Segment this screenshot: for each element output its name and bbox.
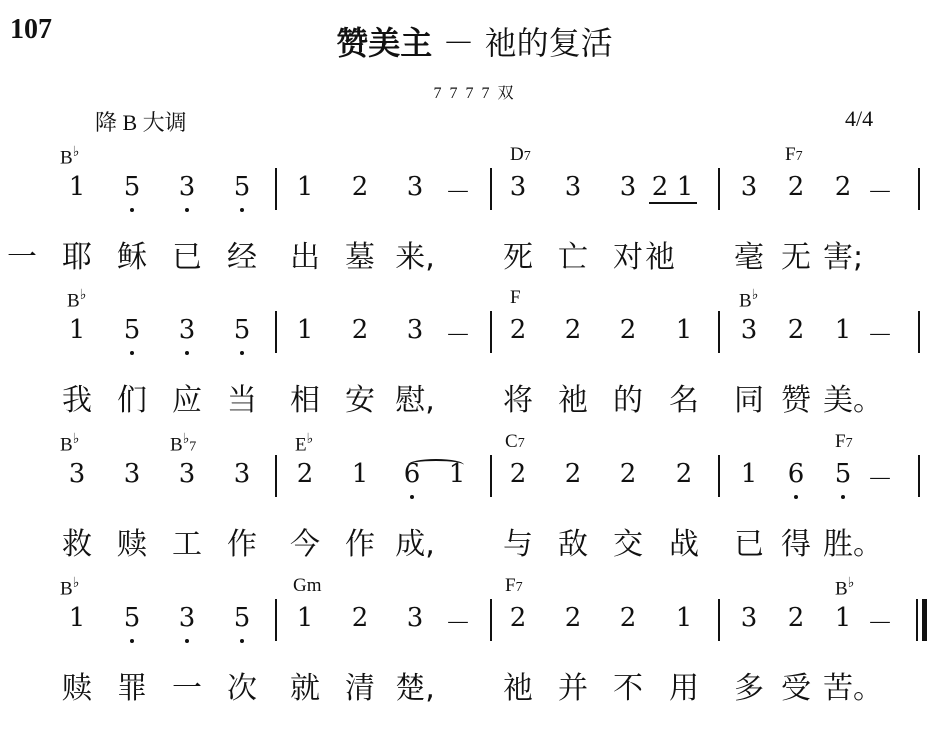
title-sub: 祂的复活 (485, 24, 613, 62)
lyric-syllable: 慰, (395, 375, 435, 419)
lyric-syllable: 救 (57, 519, 97, 563)
chord-extension: 7 (189, 439, 196, 454)
jianpu-note: 2 (558, 603, 588, 633)
lower-octave-dot (130, 208, 134, 212)
lyric-syllable: 今 (285, 519, 325, 563)
lyric-syllable: 受 (776, 663, 816, 707)
jianpu-note: 3 (400, 172, 430, 202)
lyric-syllable: 胜。 (823, 519, 863, 563)
jianpu-note: 2 (828, 172, 858, 202)
jianpu-note: 1 (669, 603, 699, 633)
chord-symbol: Gm (293, 575, 322, 597)
jianpu-note: 2 (503, 315, 533, 345)
lyric-syllable: 并 (553, 663, 593, 707)
flat-sign: ♭ (307, 432, 314, 447)
chord-symbol: B♭ (67, 287, 86, 312)
lyric-syllable: 作 (340, 519, 380, 563)
barline (718, 599, 720, 641)
jianpu-note: 1 (62, 315, 92, 345)
chord-symbol: D7 (510, 144, 531, 166)
lyric-syllable: 与 (498, 519, 538, 563)
lyric-syllable: 经 (222, 232, 262, 276)
jianpu-note: 3 (227, 459, 257, 489)
lyric-syllable: 清 (340, 663, 380, 707)
lower-octave-dot (130, 351, 134, 355)
jianpu-note: 3 (613, 172, 643, 202)
barline (275, 599, 277, 641)
jianpu-note: 3 (558, 172, 588, 202)
lower-octave-dot (185, 351, 189, 355)
jianpu-note: 5 (117, 315, 147, 345)
lyric-syllable: 安 (340, 375, 380, 419)
chord-symbol: B♭ (835, 575, 854, 600)
flat-sign: ♭ (80, 288, 87, 303)
barline (275, 168, 277, 210)
jianpu-note: 1 (734, 459, 764, 489)
barline (918, 455, 920, 497)
lyric-syllable: 美。 (823, 375, 863, 419)
lyric-syllable: 次 (222, 663, 262, 707)
jianpu-note: 2 (345, 315, 375, 345)
jianpu-note: 5 (227, 603, 257, 633)
lyric-syllable: 用 (664, 663, 704, 707)
lyric-syllable: 应 (167, 375, 207, 419)
jianpu-note: 2 (503, 459, 533, 489)
barline (275, 455, 277, 497)
lyric-syllable: 名 (664, 375, 704, 419)
chord-extension: 7 (518, 436, 525, 451)
lower-octave-dot (240, 639, 244, 643)
lyric-syllable: 赎 (57, 663, 97, 707)
lyric-syllable: 死 (498, 232, 538, 276)
lower-octave-dot (185, 639, 189, 643)
jianpu-note: 3 (62, 459, 92, 489)
chord-symbol: C7 (505, 431, 525, 453)
lyric-syllable: 作 (222, 519, 262, 563)
jianpu-note: 2 (345, 603, 375, 633)
chord-extension: 7 (846, 436, 853, 451)
lyric-syllable: 墓 (340, 232, 380, 276)
chord-extension: 7 (516, 580, 523, 595)
chord-symbol: B♭ (60, 144, 79, 169)
lyric-syllable: 就 (285, 663, 325, 707)
barline (490, 599, 492, 641)
sustain-dash: － (443, 315, 473, 352)
lower-octave-dot (841, 495, 845, 499)
chord-symbol: B♭7 (170, 431, 196, 456)
jianpu-note: 3 (734, 315, 764, 345)
jianpu-note: 5 (117, 603, 147, 633)
lyric-syllable: 交 (608, 519, 648, 563)
jianpu-note: 2 (781, 603, 811, 633)
chord-symbol: F7 (505, 575, 523, 597)
key-signature: 降 B 大调 (95, 106, 187, 137)
flat-sign: ♭ (848, 576, 855, 591)
jianpu-note: 2 (558, 459, 588, 489)
lyric-syllable: 害; (823, 232, 863, 276)
chord-symbol: B♭ (739, 287, 758, 312)
lyric-syllable: 将 (498, 375, 538, 419)
jianpu-note: 5 (227, 315, 257, 345)
barline (490, 311, 492, 353)
jianpu-note: 5 (227, 172, 257, 202)
jianpu-note: 2 (781, 172, 811, 202)
title-separator: － (442, 24, 474, 62)
barline (718, 311, 720, 353)
lyric-syllable: 同 (729, 375, 769, 419)
lower-octave-dot (185, 208, 189, 212)
hymn-title: 赞美主 － 祂的复活 (0, 18, 949, 64)
lyric-syllable: 祂 (640, 232, 680, 276)
lower-octave-dot (410, 495, 414, 499)
jianpu-note: 1 (669, 315, 699, 345)
jianpu-note: 3 (400, 603, 430, 633)
flat-sign: ♭ (73, 432, 80, 447)
barline (718, 455, 720, 497)
lyric-syllable: 毫 (729, 232, 769, 276)
flat-sign: ♭ (73, 576, 80, 591)
jianpu-note: 1 (828, 603, 858, 633)
chord-extension: 7 (524, 149, 531, 164)
lyric-syllable: 苦。 (823, 663, 863, 707)
lyric-syllable: 不 (608, 663, 648, 707)
staff-system: B♭D7F71535123－33321322－一耶稣已经出墓来,死亡对祂毫无害; (0, 140, 949, 280)
lyric-syllable: 相 (285, 375, 325, 419)
lyric-syllable: 已 (729, 519, 769, 563)
flat-sign: ♭ (752, 288, 759, 303)
barline (490, 168, 492, 210)
chord-symbol: F (510, 287, 521, 309)
lyric-syllable: 来, (395, 232, 435, 276)
jianpu-note: 1 (670, 172, 700, 202)
sustain-dash: － (865, 603, 895, 640)
jianpu-note: 1 (290, 315, 320, 345)
jianpu-note: 2 (613, 315, 643, 345)
sustain-dash: － (443, 172, 473, 209)
jianpu-note: 6 (781, 459, 811, 489)
lyric-syllable: 当 (222, 375, 262, 419)
jianpu-note: 2 (558, 315, 588, 345)
lyric-syllable: 出 (285, 232, 325, 276)
lower-octave-dot (240, 351, 244, 355)
jianpu-note: 3 (172, 459, 202, 489)
sustain-dash: － (865, 315, 895, 352)
barline (490, 455, 492, 497)
jianpu-note: 3 (172, 315, 202, 345)
jianpu-note: 1 (290, 603, 320, 633)
lyric-syllable: 稣 (112, 232, 152, 276)
jianpu-note: 1 (62, 603, 92, 633)
jianpu-note: 5 (117, 172, 147, 202)
jianpu-note: 1 (290, 172, 320, 202)
lyric-syllable: 赎 (112, 519, 152, 563)
staff-system: B♭FB♭1535123－2221321－我们应当相安慰,将祂的名同赞美。 (0, 283, 949, 423)
lyric-syllable: 亡 (553, 232, 593, 276)
final-barline (922, 599, 927, 641)
jianpu-note: 2 (781, 315, 811, 345)
jianpu-note: 3 (503, 172, 533, 202)
jianpu-note: 2 (669, 459, 699, 489)
lyric-syllable: 战 (664, 519, 704, 563)
chord-symbol: B♭ (60, 575, 79, 600)
lyric-syllable: 敌 (553, 519, 593, 563)
jianpu-note: 3 (172, 603, 202, 633)
jianpu-note: 2 (613, 603, 643, 633)
lower-octave-dot (130, 639, 134, 643)
chord-symbol: F7 (785, 144, 803, 166)
lyric-syllable: 无 (776, 232, 816, 276)
lyric-syllable: 一 (167, 663, 207, 707)
time-signature: 4/4 (845, 106, 873, 132)
lyric-syllable: 得 (776, 519, 816, 563)
lyric-syllable: 们 (112, 375, 152, 419)
staff-system: B♭B♭7E♭C7F7333321612222165－救赎工作今作成,与敌交战已… (0, 427, 949, 567)
lyric-syllable: 祂 (553, 375, 593, 419)
title-main: 赞美主 (336, 24, 432, 62)
jianpu-note: 3 (400, 315, 430, 345)
flat-sign: ♭ (73, 145, 80, 160)
jianpu-note: 2 (503, 603, 533, 633)
lyric-syllable: 赞 (776, 375, 816, 419)
barline (918, 168, 920, 210)
meter: 7 7 7 7 双 (0, 80, 949, 103)
chord-symbol: B♭ (60, 431, 79, 456)
lyric-syllable: 成, (395, 519, 435, 563)
jianpu-note: 3 (734, 172, 764, 202)
jianpu-note: 3 (172, 172, 202, 202)
jianpu-note: 3 (734, 603, 764, 633)
sustain-dash: － (443, 603, 473, 640)
lyric-syllable: 罪 (112, 663, 152, 707)
lyric-syllable: 一 (2, 232, 42, 276)
barline (718, 168, 720, 210)
jianpu-note: 2 (290, 459, 320, 489)
lyric-syllable: 楚, (395, 663, 435, 707)
barline (916, 599, 918, 641)
lyric-syllable: 多 (729, 663, 769, 707)
lower-octave-dot (240, 208, 244, 212)
jianpu-note: 1 (62, 172, 92, 202)
tie-slur (408, 459, 464, 471)
lyric-syllable: 祂 (498, 663, 538, 707)
lyric-syllable: 的 (608, 375, 648, 419)
lower-octave-dot (794, 495, 798, 499)
sustain-dash: － (865, 459, 895, 496)
eighth-note-beam (649, 202, 697, 204)
barline (918, 311, 920, 353)
lyric-syllable: 工 (167, 519, 207, 563)
chord-extension: 7 (796, 149, 803, 164)
jianpu-note: 1 (828, 315, 858, 345)
jianpu-note: 3 (117, 459, 147, 489)
sustain-dash: － (865, 172, 895, 209)
staff-system: B♭GmF7B♭1535123－2221321－赎罪一次就清楚,祂并不用多受苦。 (0, 571, 949, 711)
jianpu-note: 2 (345, 172, 375, 202)
chord-symbol: F7 (835, 431, 853, 453)
lyric-syllable: 已 (167, 232, 207, 276)
jianpu-note: 2 (613, 459, 643, 489)
jianpu-note: 5 (828, 459, 858, 489)
barline (275, 311, 277, 353)
chord-symbol: E♭ (295, 431, 313, 456)
lyric-syllable: 我 (57, 375, 97, 419)
lyric-syllable: 耶 (57, 232, 97, 276)
jianpu-note: 1 (345, 459, 375, 489)
